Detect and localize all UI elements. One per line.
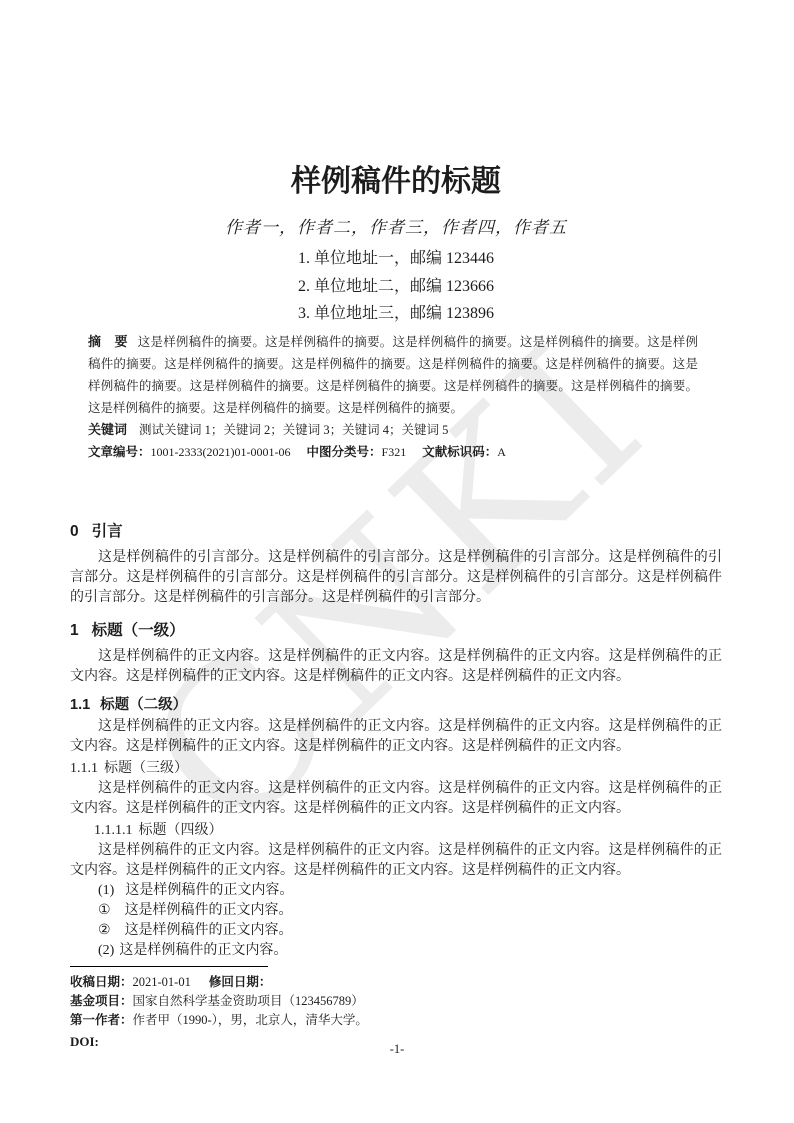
page-title: 样例稿件的标题 — [70, 0, 722, 200]
list-text: 这是样例稿件的正文内容。 — [125, 883, 293, 898]
footnote-divider — [70, 966, 268, 967]
abstract-block: 摘 要这是样例稿件的摘要。这是样例稿件的摘要。这是样例稿件的摘要。这是样例稿件的… — [88, 331, 698, 419]
footnote-block: 收稿日期：2021-01-01修回日期： 基金项目：国家自然科学基金资助项目（1… — [70, 966, 722, 1050]
sections: 0引言 这是样例稿件的引言部分。这是样例稿件的引言部分。这是样例稿件的引言部分。… — [70, 521, 722, 961]
list-marker: (1) — [98, 881, 114, 901]
section-number: 1.1.1.1 — [94, 823, 133, 838]
article-number: 1001-2333(2021)01-0001-06 — [151, 445, 291, 459]
body-paragraph: 这是样例稿件的引言部分。这是样例稿件的引言部分。这是样例稿件的引言部分。这是样例… — [70, 548, 722, 608]
affiliation-line: 3. 单位地址三，邮编 123896 — [70, 300, 722, 328]
list-item: (2)这是样例稿件的正文内容。 — [70, 941, 722, 961]
article-number-label: 文章编号： — [88, 445, 151, 459]
list-text: 这是样例稿件的正文内容。 — [119, 943, 287, 958]
authors-line: 作者一，作者二，作者三，作者四，作者五 — [70, 216, 722, 240]
section-number: 1.1.1 — [70, 761, 98, 776]
revised-date-label: 修回日期： — [209, 975, 272, 989]
section-heading-1-1-1: 1.1.1标题（三级） — [70, 759, 722, 779]
abstract-label: 摘 要 — [88, 334, 128, 349]
received-date: 2021-01-01 — [133, 975, 191, 989]
article-meta-line: 文章编号：1001-2333(2021)01-0001-06中图分类号：F321… — [88, 441, 698, 463]
list-text: 这是样例稿件的正文内容。 — [125, 903, 293, 918]
doc-code-label: 文献标识码： — [422, 445, 497, 459]
section-title: 标题（四级） — [139, 823, 223, 838]
section-number: 1.1 — [70, 697, 90, 713]
received-date-line: 收稿日期：2021-01-01修回日期： — [70, 974, 722, 990]
clc-code: F321 — [382, 445, 407, 459]
section-heading-1-1: 1.1标题（二级） — [70, 695, 722, 715]
section-number: 1 — [70, 622, 79, 639]
body-paragraph: 这是样例稿件的正文内容。这是样例稿件的正文内容。这是样例稿件的正文内容。这是样例… — [70, 717, 722, 757]
affiliation-line: 2. 单位地址二，邮编 123666 — [70, 273, 722, 301]
list-item: ①这是样例稿件的正文内容。 — [70, 901, 722, 921]
fund-label: 基金项目： — [70, 994, 133, 1008]
list-item: (1)这是样例稿件的正文内容。 — [70, 881, 722, 901]
keywords-text: 测试关键词 1；关键词 2；关键词 3；关键词 4；关键词 5 — [139, 423, 448, 437]
list-marker: (2) — [98, 941, 114, 961]
fund-line: 基金项目：国家自然科学基金资助项目（123456789） — [70, 993, 722, 1009]
section-title: 标题（三级） — [104, 761, 188, 776]
first-author-label: 第一作者： — [70, 1013, 133, 1027]
keywords-line: 关键词测试关键词 1；关键词 2；关键词 3；关键词 4；关键词 5 — [88, 419, 698, 441]
section-title: 标题（一级） — [92, 622, 185, 639]
body-paragraph: 这是样例稿件的正文内容。这是样例稿件的正文内容。这是样例稿件的正文内容。这是样例… — [70, 841, 722, 881]
first-author-line: 第一作者：作者甲（1990-），男，北京人，清华大学。 — [70, 1012, 722, 1028]
body-paragraph: 这是样例稿件的正文内容。这是样例稿件的正文内容。这是样例稿件的正文内容。这是样例… — [70, 647, 722, 687]
document-page: CNKI 样例稿件的标题 作者一，作者二，作者三，作者四，作者五 1. 单位地址… — [0, 0, 794, 1123]
section-title: 引言 — [92, 523, 123, 540]
section-title: 标题（二级） — [100, 697, 187, 713]
abstract-text: 这是样例稿件的摘要。这是样例稿件的摘要。这是样例稿件的摘要。这是样例稿件的摘要。… — [88, 335, 698, 415]
list-text: 这是样例稿件的正文内容。 — [125, 923, 293, 938]
affiliation-line: 1. 单位地址一，邮编 123446 — [70, 245, 722, 273]
section-heading-1: 1标题（一级） — [70, 620, 722, 642]
clc-label: 中图分类号： — [307, 445, 382, 459]
page-content: 样例稿件的标题 作者一，作者二，作者三，作者四，作者五 1. 单位地址一，邮编 … — [0, 0, 794, 961]
received-date-label: 收稿日期： — [70, 975, 133, 989]
body-paragraph: 这是样例稿件的正文内容。这是样例稿件的正文内容。这是样例稿件的正文内容。这是样例… — [70, 779, 722, 819]
section-heading-1-1-1-1: 1.1.1.1标题（四级） — [70, 821, 722, 841]
section-number: 0 — [70, 523, 79, 540]
list-marker: ① — [98, 901, 111, 921]
affiliations-block: 1. 单位地址一，邮编 123446 2. 单位地址二，邮编 123666 3.… — [70, 245, 722, 328]
page-number: -1- — [0, 1042, 794, 1057]
first-author-text: 作者甲（1990-），男，北京人，清华大学。 — [133, 1013, 368, 1027]
list-marker: ② — [98, 921, 111, 941]
keywords-label: 关键词 — [88, 422, 127, 437]
list-item: ②这是样例稿件的正文内容。 — [70, 921, 722, 941]
doc-code: A — [497, 445, 506, 459]
fund-text: 国家自然科学基金资助项目（123456789） — [133, 994, 364, 1008]
section-heading-0: 0引言 — [70, 521, 722, 543]
